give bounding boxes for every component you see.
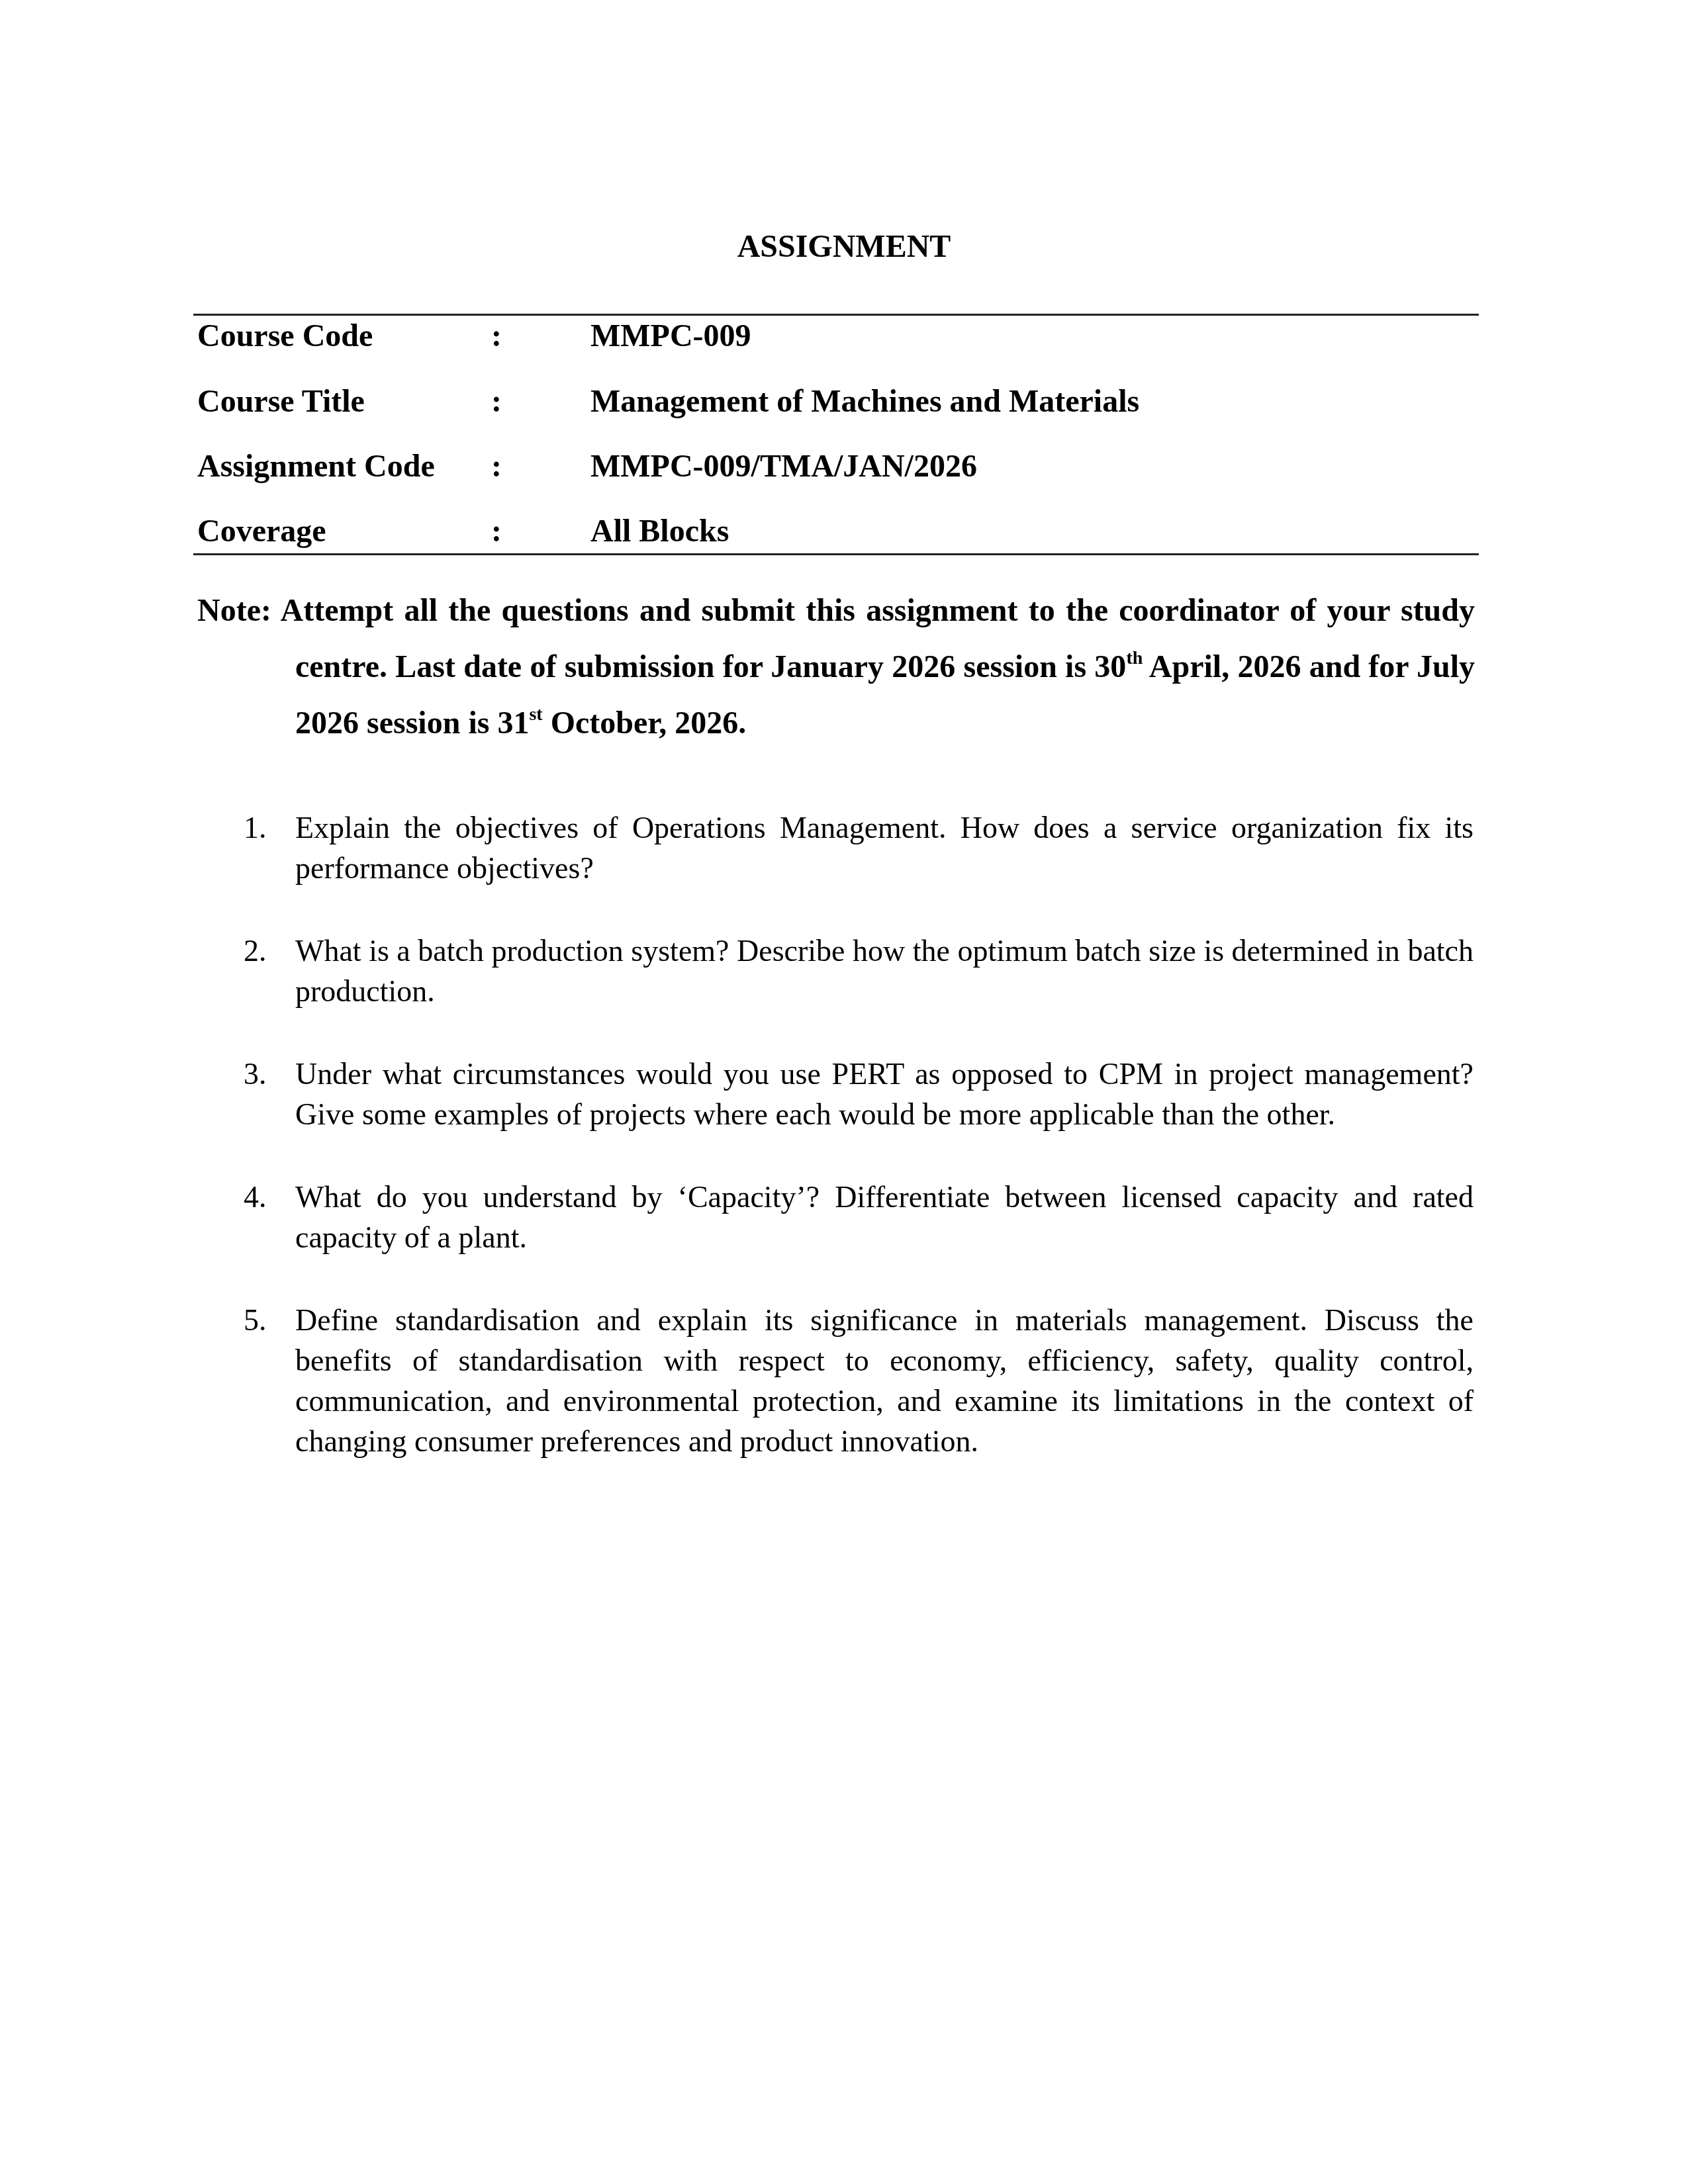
meta-row-course-code: Course Code : MMPC-009 <box>0 318 1688 357</box>
meta-row-assignment-code: Assignment Code : MMPC-009/TMA/JAN/2026 <box>0 448 1688 488</box>
meta-value: MMPC-009 <box>590 318 751 354</box>
question-text: What is a batch production system? Descr… <box>295 931 1474 1011</box>
meta-label: Course Code <box>197 318 373 354</box>
meta-separator: : <box>491 318 502 354</box>
question-text: Define standardisation and explain its s… <box>295 1300 1474 1461</box>
question-item: 1. Explain the objectives of Operations … <box>0 807 1688 888</box>
question-item: 4. What do you understand by ‘Capacity’?… <box>0 1177 1688 1257</box>
meta-label: Assignment Code <box>197 448 435 484</box>
meta-row-course-title: Course Title : Management of Machines an… <box>0 383 1688 423</box>
question-item: 5. Define standardisation and explain it… <box>0 1300 1688 1461</box>
note-superscript: st <box>529 704 542 725</box>
bottom-rule <box>193 553 1479 555</box>
question-item: 3. Under what circumstances would you us… <box>0 1054 1688 1134</box>
question-number: 3. <box>244 1054 267 1094</box>
top-rule <box>193 314 1479 316</box>
document-title: ASSIGNMENT <box>0 228 1688 265</box>
question-text: Under what circumstances would you use P… <box>295 1054 1474 1134</box>
meta-row-coverage: Coverage : All Blocks <box>0 513 1688 553</box>
meta-value: MMPC-009/TMA/JAN/2026 <box>590 448 977 484</box>
question-number: 1. <box>244 807 267 848</box>
submission-note: Note: Attempt all the questions and subm… <box>197 582 1475 751</box>
question-number: 5. <box>244 1300 267 1340</box>
note-prefix: Note: <box>197 593 271 628</box>
meta-value: Management of Machines and Materials <box>590 383 1139 420</box>
note-text: October, 2026. <box>543 705 747 741</box>
question-list: 1. Explain the objectives of Operations … <box>0 807 1688 1504</box>
meta-separator: : <box>491 448 502 484</box>
question-text: Explain the objectives of Operations Man… <box>295 807 1474 888</box>
question-number: 2. <box>244 931 267 971</box>
question-item: 2. What is a batch production system? De… <box>0 931 1688 1011</box>
question-number: 4. <box>244 1177 267 1217</box>
note-superscript: th <box>1126 648 1143 668</box>
meta-separator: : <box>491 513 502 549</box>
meta-label: Course Title <box>197 383 365 420</box>
meta-label: Coverage <box>197 513 326 549</box>
question-text: What do you understand by ‘Capacity’? Di… <box>295 1177 1474 1257</box>
meta-separator: : <box>491 383 502 420</box>
meta-value: All Blocks <box>590 513 729 549</box>
